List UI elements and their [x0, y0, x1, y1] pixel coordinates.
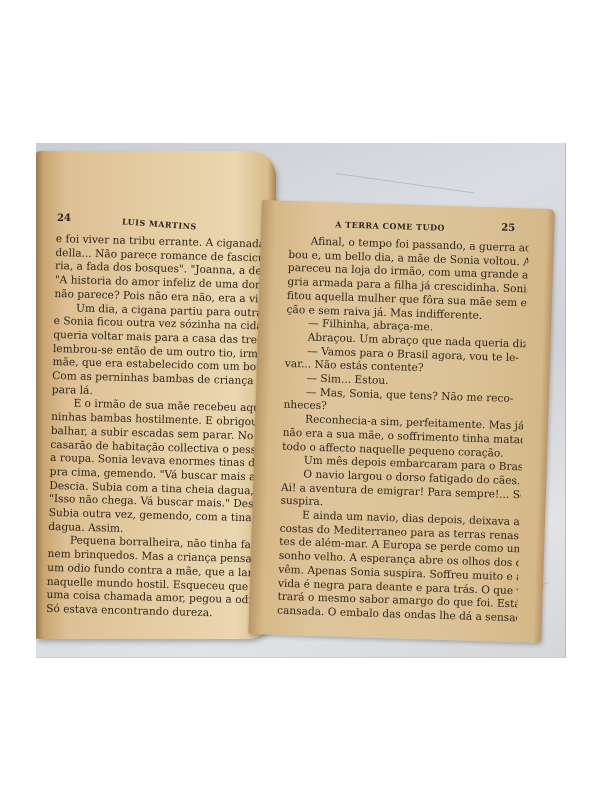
- running-head-right: A TERRA COME TUDO: [335, 219, 445, 232]
- running-head-left: LUIS MARTINS: [122, 216, 197, 231]
- right-page: A TERRA COME TUDO 25 Afinal, o tempo foi…: [248, 200, 554, 643]
- left-page: 24 LUIS MARTINS e foi viver na tribu err…: [36, 151, 276, 639]
- page-number-left: 24: [57, 213, 71, 224]
- book-photo: 24 LUIS MARTINS e foi viver na tribu err…: [36, 143, 566, 658]
- left-page-text: e foi viver na tribu errante. A ciganada…: [46, 233, 270, 622]
- page-number-right: 25: [501, 223, 515, 234]
- right-page-text: Afinal, o tempo foi passando, a guerra a…: [277, 235, 529, 626]
- marble-vein: [336, 173, 475, 193]
